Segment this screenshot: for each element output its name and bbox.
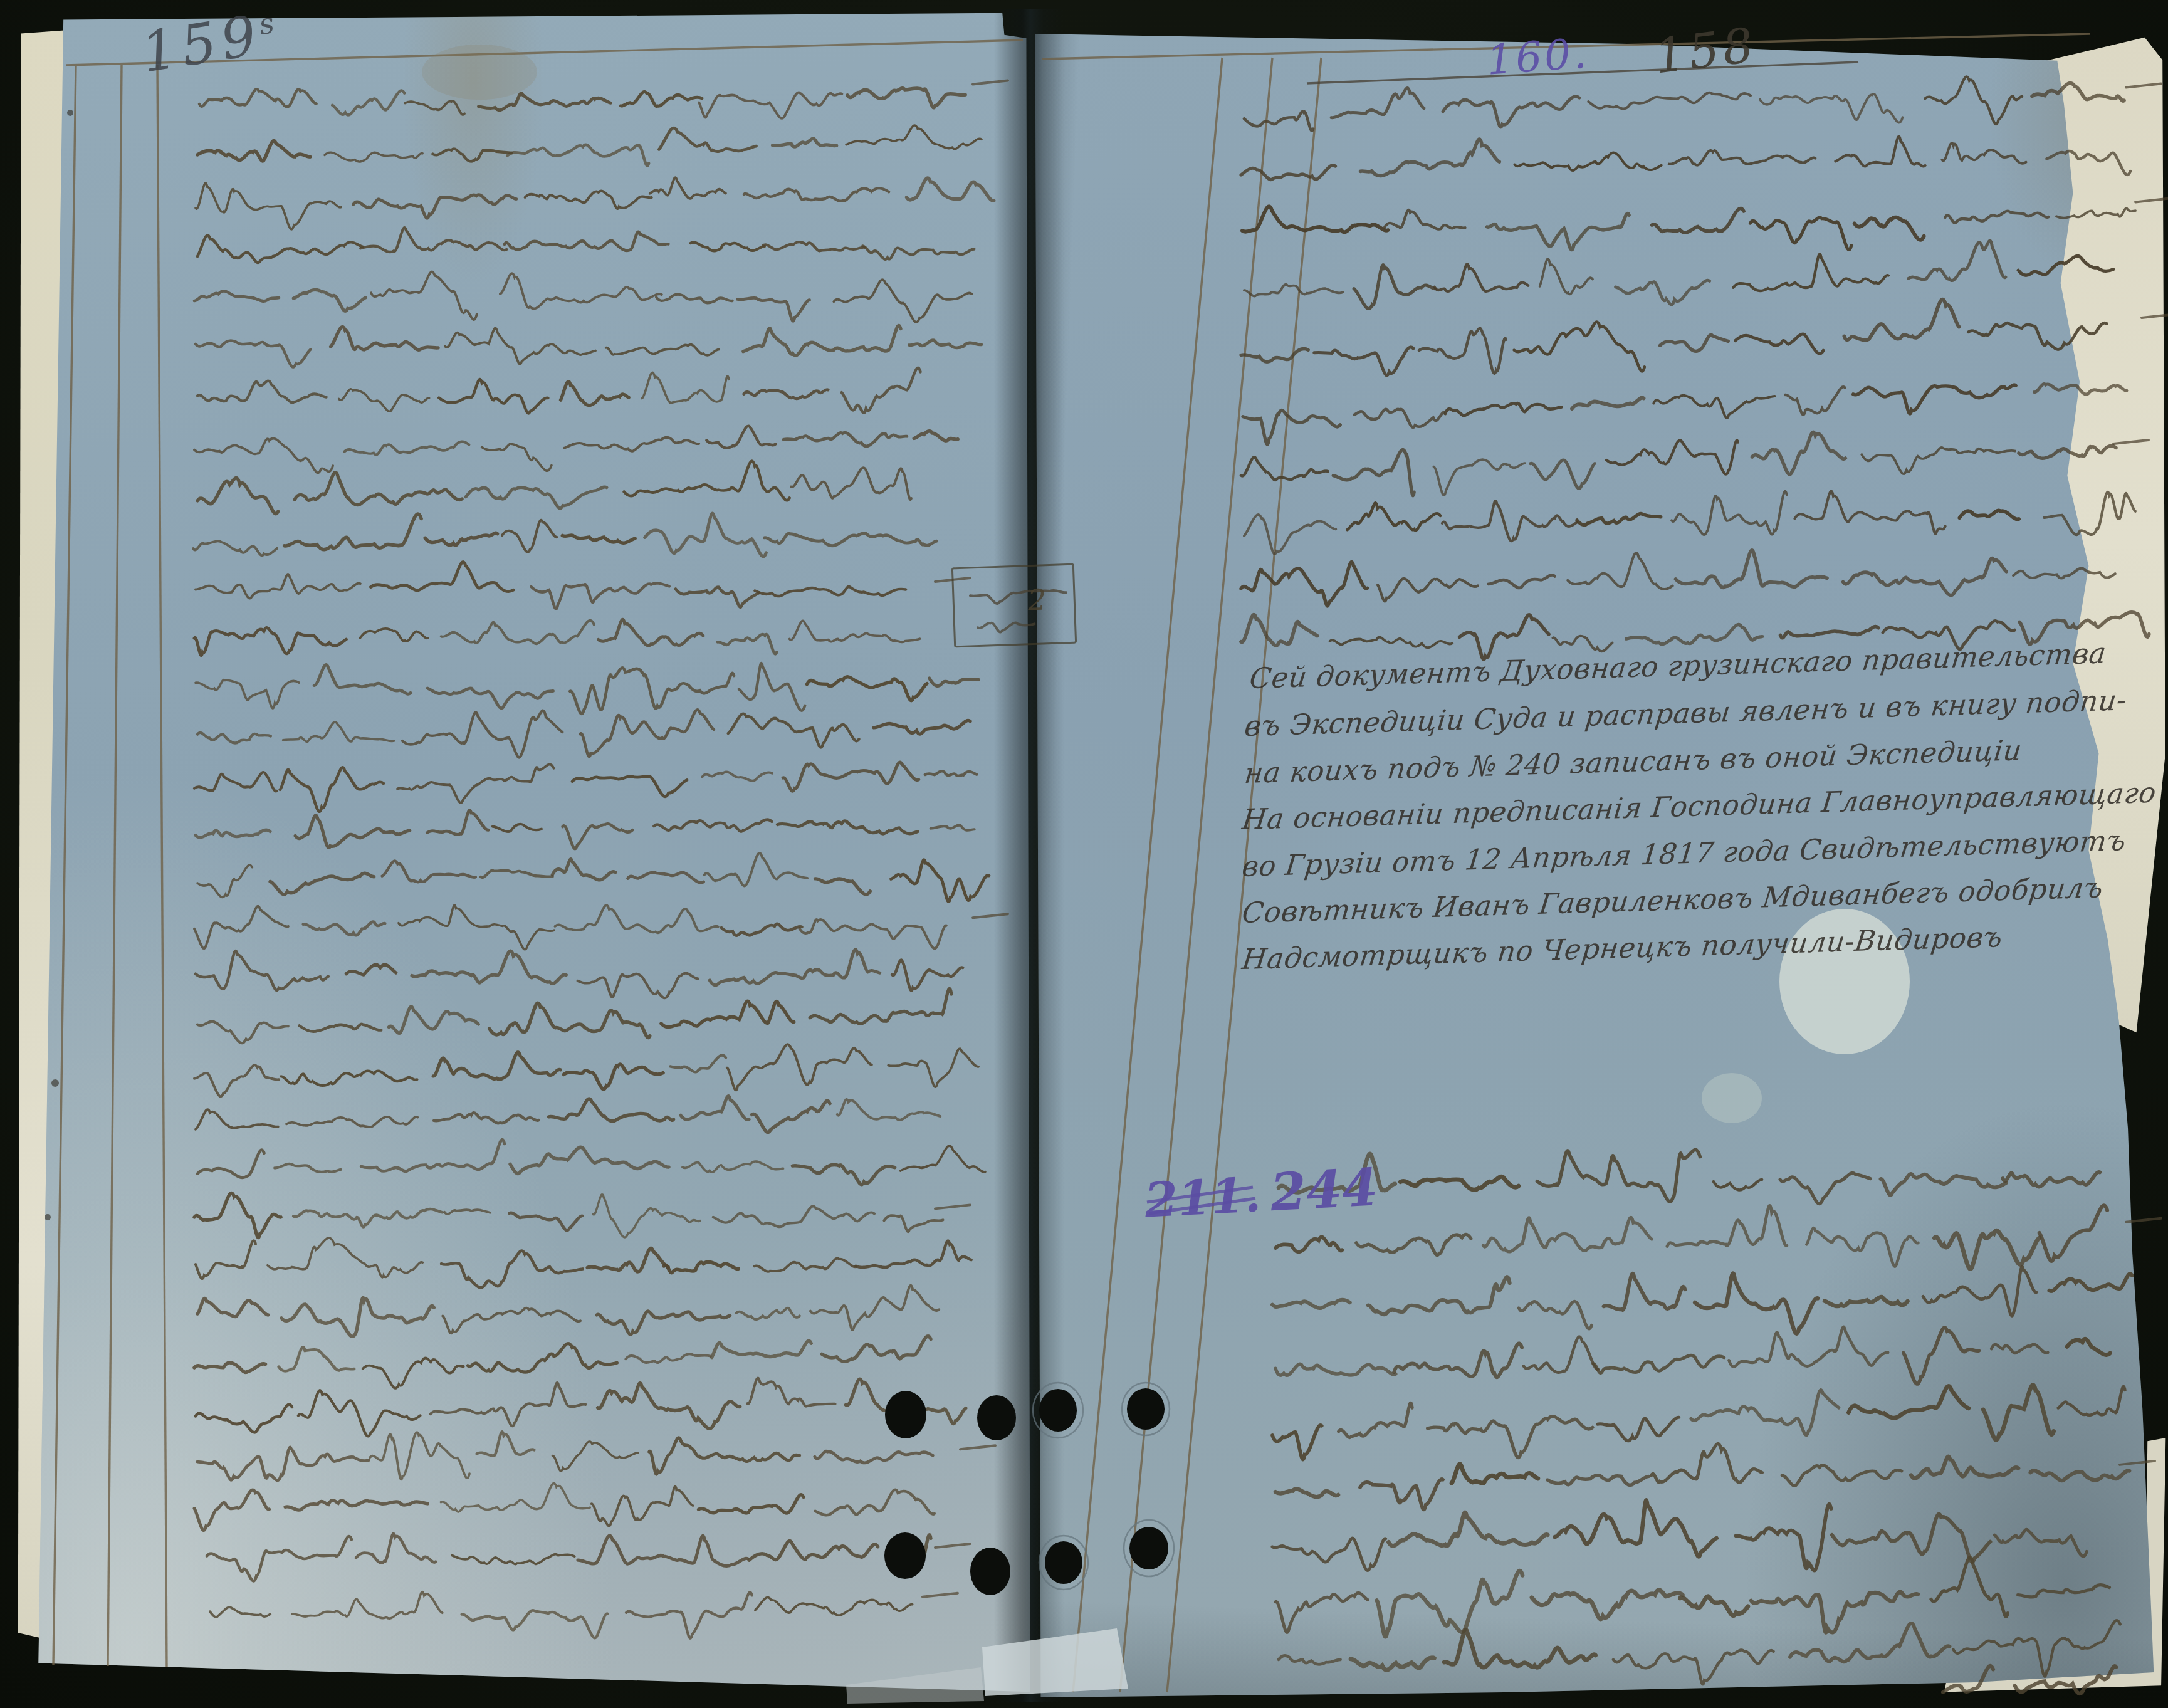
archival-stamp-numbers: 211.244: [1143, 1157, 1380, 1229]
repair-tape: [846, 1628, 1128, 1704]
manuscript-scan: 2 159s 160. 158 211.244 Сей документъ Ду…: [0, 0, 2168, 1708]
margin-annotation-number: 2: [1027, 583, 1047, 617]
stamp-number-crossed: 211.: [1143, 1166, 1262, 1229]
margin-annotation-box: [951, 563, 1077, 648]
stamp-number-current: 244: [1269, 1157, 1380, 1223]
punch-holes: [884, 1383, 1174, 1595]
folio-number-right-new: 160.: [1485, 29, 1591, 84]
ink-specks: [45, 110, 73, 1220]
